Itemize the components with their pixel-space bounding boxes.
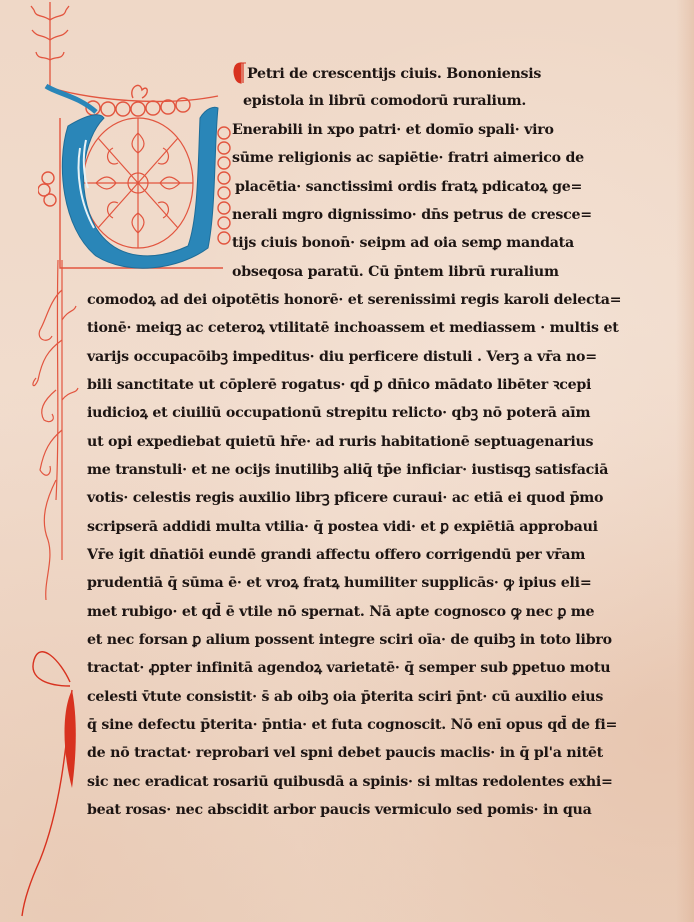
text-line: celesti v̄tute consistit· s̄ ab oibꝫ oia…	[87, 687, 603, 707]
text-line: prudentiā q̄ sūma ē· et vroꝝ fratꝝ humil…	[87, 573, 591, 593]
text-block: Petri de crescentijs ciuis. Bononiensis …	[0, 0, 694, 922]
text-line: de nō tractat· reprobari vel spni debet …	[87, 743, 603, 763]
text-line: sic nec eradicat rosariū quibusdā a spin…	[87, 772, 613, 792]
text-line: Vr̄e igit dn̄atiōi eundē grandi affectu …	[87, 545, 585, 565]
text-line: scripserā addidi multa vtilia· q̄ postea…	[87, 517, 598, 537]
text-line: placētia· sanctissimi ordis fratꝝ pdicat…	[235, 177, 582, 197]
heading-line-2: epistola in librū comodorū ruralium.	[243, 91, 526, 111]
text-line: tionē· meiqꝫ ac ceteroꝝ vtilitatē inchoa…	[87, 318, 619, 338]
text-line: Enerabili in xpo patri· et domīo spali· …	[232, 120, 554, 140]
text-line: ut opi expediebat quietū hr̄e· ad ruris …	[87, 432, 593, 452]
text-line: me transtuli· et ne ocijs inutilibꝫ aliq…	[87, 460, 608, 480]
text-line: nerali mgro dignissimo· dn̄s petrus de c…	[232, 205, 592, 225]
text-line: tijs ciuis bonon̄· seipm ad oia semꝑ man…	[232, 233, 574, 253]
text-line: q̄ sine defectu p̄terita· p̄ntia· et fut…	[87, 715, 617, 735]
pilcrow-rubric-icon	[232, 63, 244, 83]
manuscript-page: Petri de crescentijs ciuis. Bononiensis …	[0, 0, 694, 922]
text-line: comodoꝝ ad dei oipotētis honorē· et sere…	[87, 290, 621, 310]
heading-line-1: Petri de crescentijs ciuis. Bononiensis	[232, 63, 541, 84]
text-line: sūme religionis ac sapiētie· fratri aime…	[232, 148, 584, 168]
text-line: met rubigo· et qd̄ ē vtile nō spernat. N…	[87, 602, 594, 622]
text-line: obseqosa paratū. Cū p̄ntem librū ruraliu…	[232, 262, 559, 282]
text-line: bili sanctitate ut cōplerē rogatus· qd̄ …	[87, 375, 591, 395]
text-line: tractat· ꝓpter infinitā agendoꝝ varietat…	[87, 658, 610, 678]
text-line: beat rosas· nec abscidit arbor paucis ve…	[87, 800, 592, 820]
text-line: et nec forsan ꝑ alium possent integre sc…	[87, 630, 612, 650]
text-line: varijs occupacōibꝫ impeditus· diu perfic…	[87, 347, 597, 367]
text-line: votis· celestis regis auxilio librꝫ pfic…	[87, 488, 603, 508]
text-line: iudicioꝝ et ciuiliū occupationū strepitu…	[87, 403, 590, 423]
